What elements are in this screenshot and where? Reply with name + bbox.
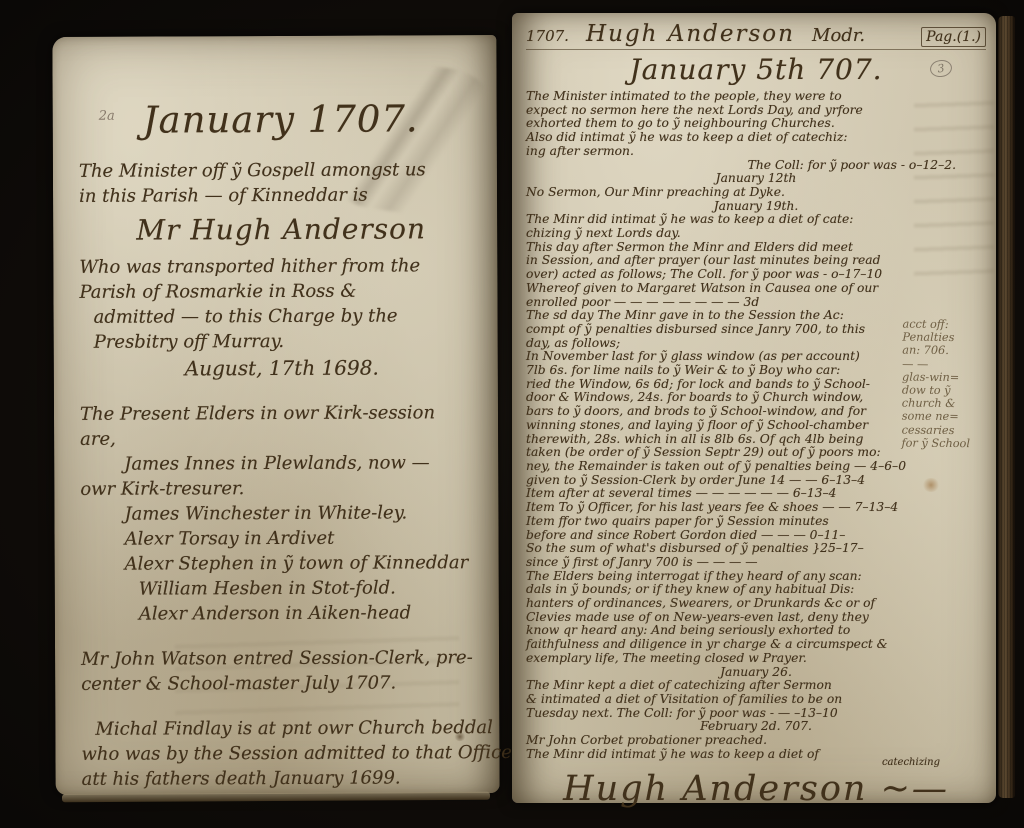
manuscript-line: who was by the Session admitted to that … — [81, 740, 485, 767]
manuscript-line: The Elders being interrogat if they hear… — [526, 570, 986, 584]
manuscript-line: Alexr Anderson in Aiken-head — [81, 600, 485, 627]
manuscript-line: Alexr Stephen in ỹ town of Kinneddar — [81, 550, 485, 577]
manuscript-line: given to ỹ Session-Clerk by order June 1… — [526, 474, 986, 488]
manuscript-line: chizing ỹ next Lords day. — [526, 227, 986, 241]
margin-note-line: — — — [902, 357, 998, 371]
minister-signature: Hugh Anderson ~— — [526, 768, 986, 810]
manuscript-line: The Present Elders in owr Kirk-session — [80, 400, 484, 427]
header-moderator-abbrev: Modr. — [812, 25, 865, 46]
left-page-text-block: January 1707.The Minister off ỹ Gospell … — [78, 61, 485, 792]
manuscript-line: Clevies made use of on New-years-even la… — [526, 611, 986, 625]
manuscript-line: Tuesday next. The Coll: for ỹ poor was -… — [526, 707, 986, 721]
manuscript-line: faithfulness and diligence in yr charge … — [526, 638, 986, 652]
manuscript-line: expect no sermon here the next Lords Day… — [526, 104, 986, 118]
underlying-page-edge — [62, 792, 490, 803]
manuscript-line: exemplary life, The meeting closed w Pra… — [526, 652, 986, 666]
manuscript-line: Presbitry off Murray. — [80, 328, 484, 355]
manuscript-line: before and since Robert Gordon died — — … — [526, 529, 986, 543]
manuscript-line: enrolled poor — — — — — — — — 3d — [526, 296, 986, 310]
manuscript-line: January 1707. — [79, 97, 483, 143]
manuscript-line: No Sermon, Our Minr preaching at Dyke. — [526, 186, 986, 200]
manuscript-line: January 26. — [526, 666, 986, 680]
manuscript-line: The Coll: for ỹ poor was - o–12–2. — [526, 159, 986, 173]
manuscript-line: center & School-master July 1707. — [81, 670, 485, 697]
manuscript-line: January 19th. — [526, 200, 986, 214]
manuscript-line: over) acted as follows; The Coll. for ỹ … — [526, 268, 986, 282]
margin-note-line: Penalties — [902, 331, 998, 345]
manuscript-line: owr Kirk-tresurer. — [80, 475, 484, 502]
right-manuscript-page: 3 1707. Hugh Anderson Modr. Pag.(1.) Jan… — [512, 13, 996, 803]
header-minister-name: Hugh Anderson — [569, 21, 812, 47]
margin-note-line: some ne= — [902, 410, 998, 424]
manuscript-line: James Winchester in White-ley. — [80, 500, 484, 527]
manuscript-line: The Minr kept a diet of catechizing afte… — [526, 679, 986, 693]
margin-note-line: dow to ỹ — [902, 384, 998, 398]
manuscript-line: This day after Sermon the Minr and Elder… — [526, 241, 986, 255]
manuscript-line: ney, the Remainder is taken out of ỹ pen… — [526, 460, 986, 474]
margin-note-line: acct off: — [902, 318, 998, 332]
manuscript-line: & intimated a diet of Visitation of fami… — [526, 693, 986, 707]
manuscript-line: are, — [80, 425, 484, 452]
margin-note-line: cessaries — [902, 423, 998, 437]
manuscript-line: know qr heard any: And being seriously e… — [526, 624, 986, 638]
margin-note-line: church & — [902, 397, 998, 411]
manuscript-line: August, 17th 1698. — [80, 355, 484, 382]
manuscript-line: Item To ỹ Officer, for his last years fe… — [526, 501, 986, 515]
manuscript-line: admitted — to this Charge by the — [80, 303, 484, 330]
manuscript-line: Mr John Corbet probationer preached. — [526, 734, 986, 748]
manuscript-scan: { "colors": { "background": "#0e0b08", "… — [0, 0, 1024, 828]
margin-note-line: glas-win= — [902, 370, 998, 384]
manuscript-line: hanters of ordinances, Swearers, or Drun… — [526, 597, 986, 611]
manuscript-line: Also did intimat ỹ he was to keep a diet… — [526, 131, 986, 145]
manuscript-line: Item ffor two quairs paper for ỹ Session… — [526, 515, 986, 529]
manuscript-line: Whereof given to Margaret Watson in Caus… — [526, 282, 986, 296]
manuscript-line: The Minister intimated to the people, th… — [526, 90, 986, 104]
manuscript-line: The Minister off ỹ Gospell amongst us — [79, 157, 483, 184]
manuscript-line: Item after at several times — — — — — — … — [526, 487, 986, 501]
manuscript-line: Michal Findlay is at pnt owr Church bedd… — [81, 715, 485, 742]
manuscript-line: Mr John Watson entred Session-Clerk, pre… — [81, 645, 485, 672]
page-number-label: Pag.(1.) — [921, 27, 986, 47]
margin-note-line: an: 706. — [902, 344, 998, 358]
entry-date-title: January 5th 707. — [526, 53, 986, 87]
manuscript-line: in this Parish — of Kinneddar is — [79, 182, 483, 209]
running-header: 1707. Hugh Anderson Modr. Pag.(1.) — [526, 21, 986, 50]
manuscript-line: William Hesben in Stot-fold. — [81, 575, 485, 602]
margin-annotation: acct off:Penaltiesan: 706.— —glas-win=do… — [901, 318, 998, 451]
manuscript-line: The Minr did intimat ỹ he was to keep a … — [526, 213, 986, 227]
manuscript-line: James Innes in Plewlands, now — — [80, 450, 484, 477]
manuscript-line: Parish of Rosmarkie in Ross & — [79, 278, 483, 305]
manuscript-line: ing after sermon. — [526, 145, 986, 159]
manuscript-line: since ỹ first of Janry 700 is — — — — — [526, 556, 986, 570]
manuscript-line: in Session, and after prayer (our last m… — [526, 254, 986, 268]
manuscript-line: January 12th — [526, 172, 986, 186]
manuscript-line: Who was transported hither from the — [79, 253, 483, 280]
header-year: 1707. — [526, 27, 569, 45]
left-manuscript-page: 2a January 1707.The Minister off ỹ Gospe… — [52, 35, 499, 795]
manuscript-line: So the sum of what's disbursed of ỹ pena… — [526, 542, 986, 556]
manuscript-line: att his fathers death January 1699. — [82, 765, 486, 792]
book-fore-edge — [998, 16, 1015, 798]
manuscript-line: February 2d. 707. — [526, 720, 986, 734]
margin-note-line: for ỹ School — [901, 436, 997, 450]
manuscript-line: dals in ỹ bounds; or if they knew of any… — [526, 583, 986, 597]
manuscript-line: Mr Hugh Anderson — [79, 211, 483, 249]
manuscript-line: Alexr Torsay in Ardivet — [80, 525, 484, 552]
manuscript-line: exhorted them to go to ỹ neighbouring Ch… — [526, 117, 986, 131]
